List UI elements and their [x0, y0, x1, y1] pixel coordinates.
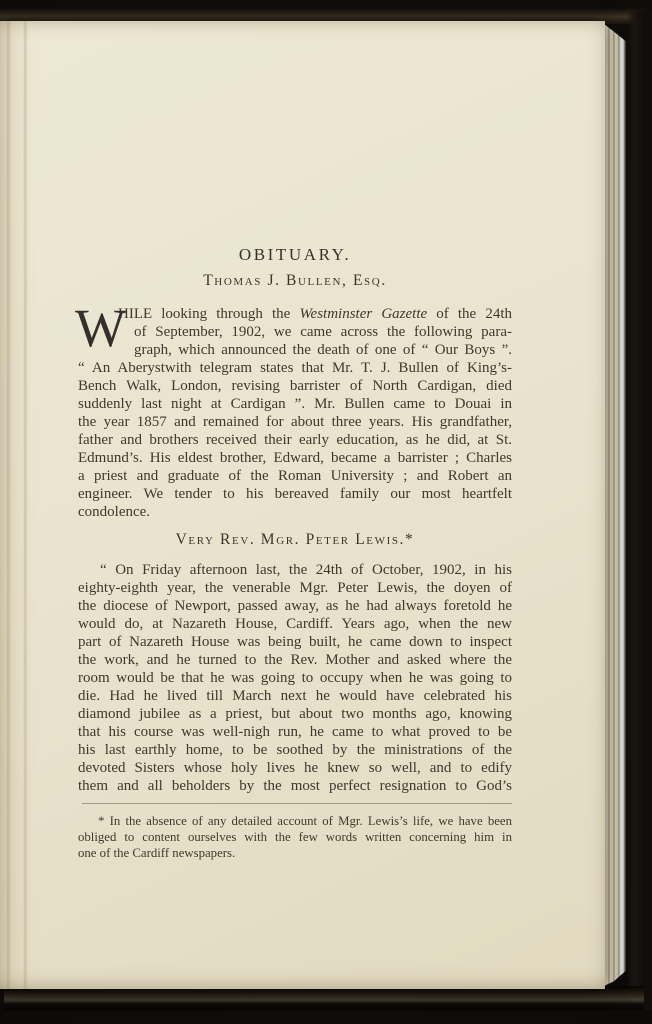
footnote-line: one of the Cardiff newspapers. — [78, 845, 512, 861]
text-line: would do, at Nazareth House, Cardiff. Ye… — [78, 615, 512, 633]
text-line: die. Had he lived till March next he wou… — [78, 687, 512, 705]
gutter-crease — [6, 21, 36, 989]
text-line: part of Nazareth House was being built, … — [78, 633, 512, 651]
footnote: * In the absence of any detailed account… — [78, 813, 512, 861]
text-line: his last earthly home, to be soothed by … — [78, 741, 512, 759]
text-line: them and all beholders by the most perfe… — [78, 777, 512, 795]
page-title: OBITUARY. — [78, 245, 512, 265]
book-page: OBITUARY. Thomas J. Bullen, Esq. W HILE … — [0, 21, 605, 989]
text-line: devoted Sisters whose holy lives he knew… — [78, 759, 512, 777]
obituary-lewis-lines: “ On Friday afternoon last, the 24th of … — [78, 561, 512, 795]
text-line: a priest and graduate of the Roman Unive… — [78, 467, 512, 485]
text-line: the year 1857 and remained for about thr… — [78, 413, 512, 431]
footnote-line: * In the absence of any detailed account… — [78, 813, 512, 829]
book-cover-edge-right — [627, 10, 652, 1010]
text-line: engineer. We tender to his bereaved fami… — [78, 485, 512, 503]
footnote-line: obliged to content ourselves with the fe… — [78, 829, 512, 845]
text-line: of September, 1902, we came across the f… — [78, 323, 512, 341]
text-line: Bench Walk, London, revising barrister o… — [78, 377, 512, 395]
text-line: “ On Friday afternoon last, the 24th of … — [78, 561, 512, 579]
footnote-rule — [82, 803, 512, 804]
text-line: graph, which announced the death of one … — [78, 341, 512, 359]
text-line: the work, and he turned to the Rev. Moth… — [78, 651, 512, 669]
text-line: Edmund’s. His eldest brother, Edward, be… — [78, 449, 512, 467]
drop-cap-w: W — [75, 307, 126, 349]
photographed-book: OBITUARY. Thomas J. Bullen, Esq. W HILE … — [0, 0, 652, 1024]
obituary-bullen-paragraph: W HILE looking through the Westminster G… — [78, 305, 512, 521]
text-line: diamond jubilee as a priest, but about t… — [78, 705, 512, 723]
text-line: room would be that he was going to occup… — [78, 669, 512, 687]
obituary-lewis-paragraph: “ On Friday afternoon last, the 24th of … — [78, 561, 512, 795]
page-edges-stack — [604, 24, 626, 986]
obituary-bullen-lines: HILE looking through the Westminster Gaz… — [78, 305, 512, 521]
text-line: suddenly last night at Cardigan ”. Mr. B… — [78, 395, 512, 413]
text-line: “ An Aberystwith telegram states that Mr… — [78, 359, 512, 377]
text-line: HILE looking through the Westminster Gaz… — [78, 305, 512, 323]
text-line: eighty-eighth year, the venerable Mgr. P… — [78, 579, 512, 597]
obituary-lewis-heading: Very Rev. Mgr. Peter Lewis.* — [78, 531, 512, 549]
page-text-column: OBITUARY. Thomas J. Bullen, Esq. W HILE … — [78, 21, 512, 989]
obituary-bullen-heading: Thomas J. Bullen, Esq. — [78, 272, 512, 290]
footnote-lines: * In the absence of any detailed account… — [78, 813, 512, 861]
book-cover-edge-bottom — [4, 986, 644, 1010]
text-line: father and brothers received their early… — [78, 431, 512, 449]
text-line: that his course was well-nigh run, he ca… — [78, 723, 512, 741]
text-line: the diocese of Newport, passed away, as … — [78, 597, 512, 615]
text-line: condolence. — [78, 503, 512, 521]
